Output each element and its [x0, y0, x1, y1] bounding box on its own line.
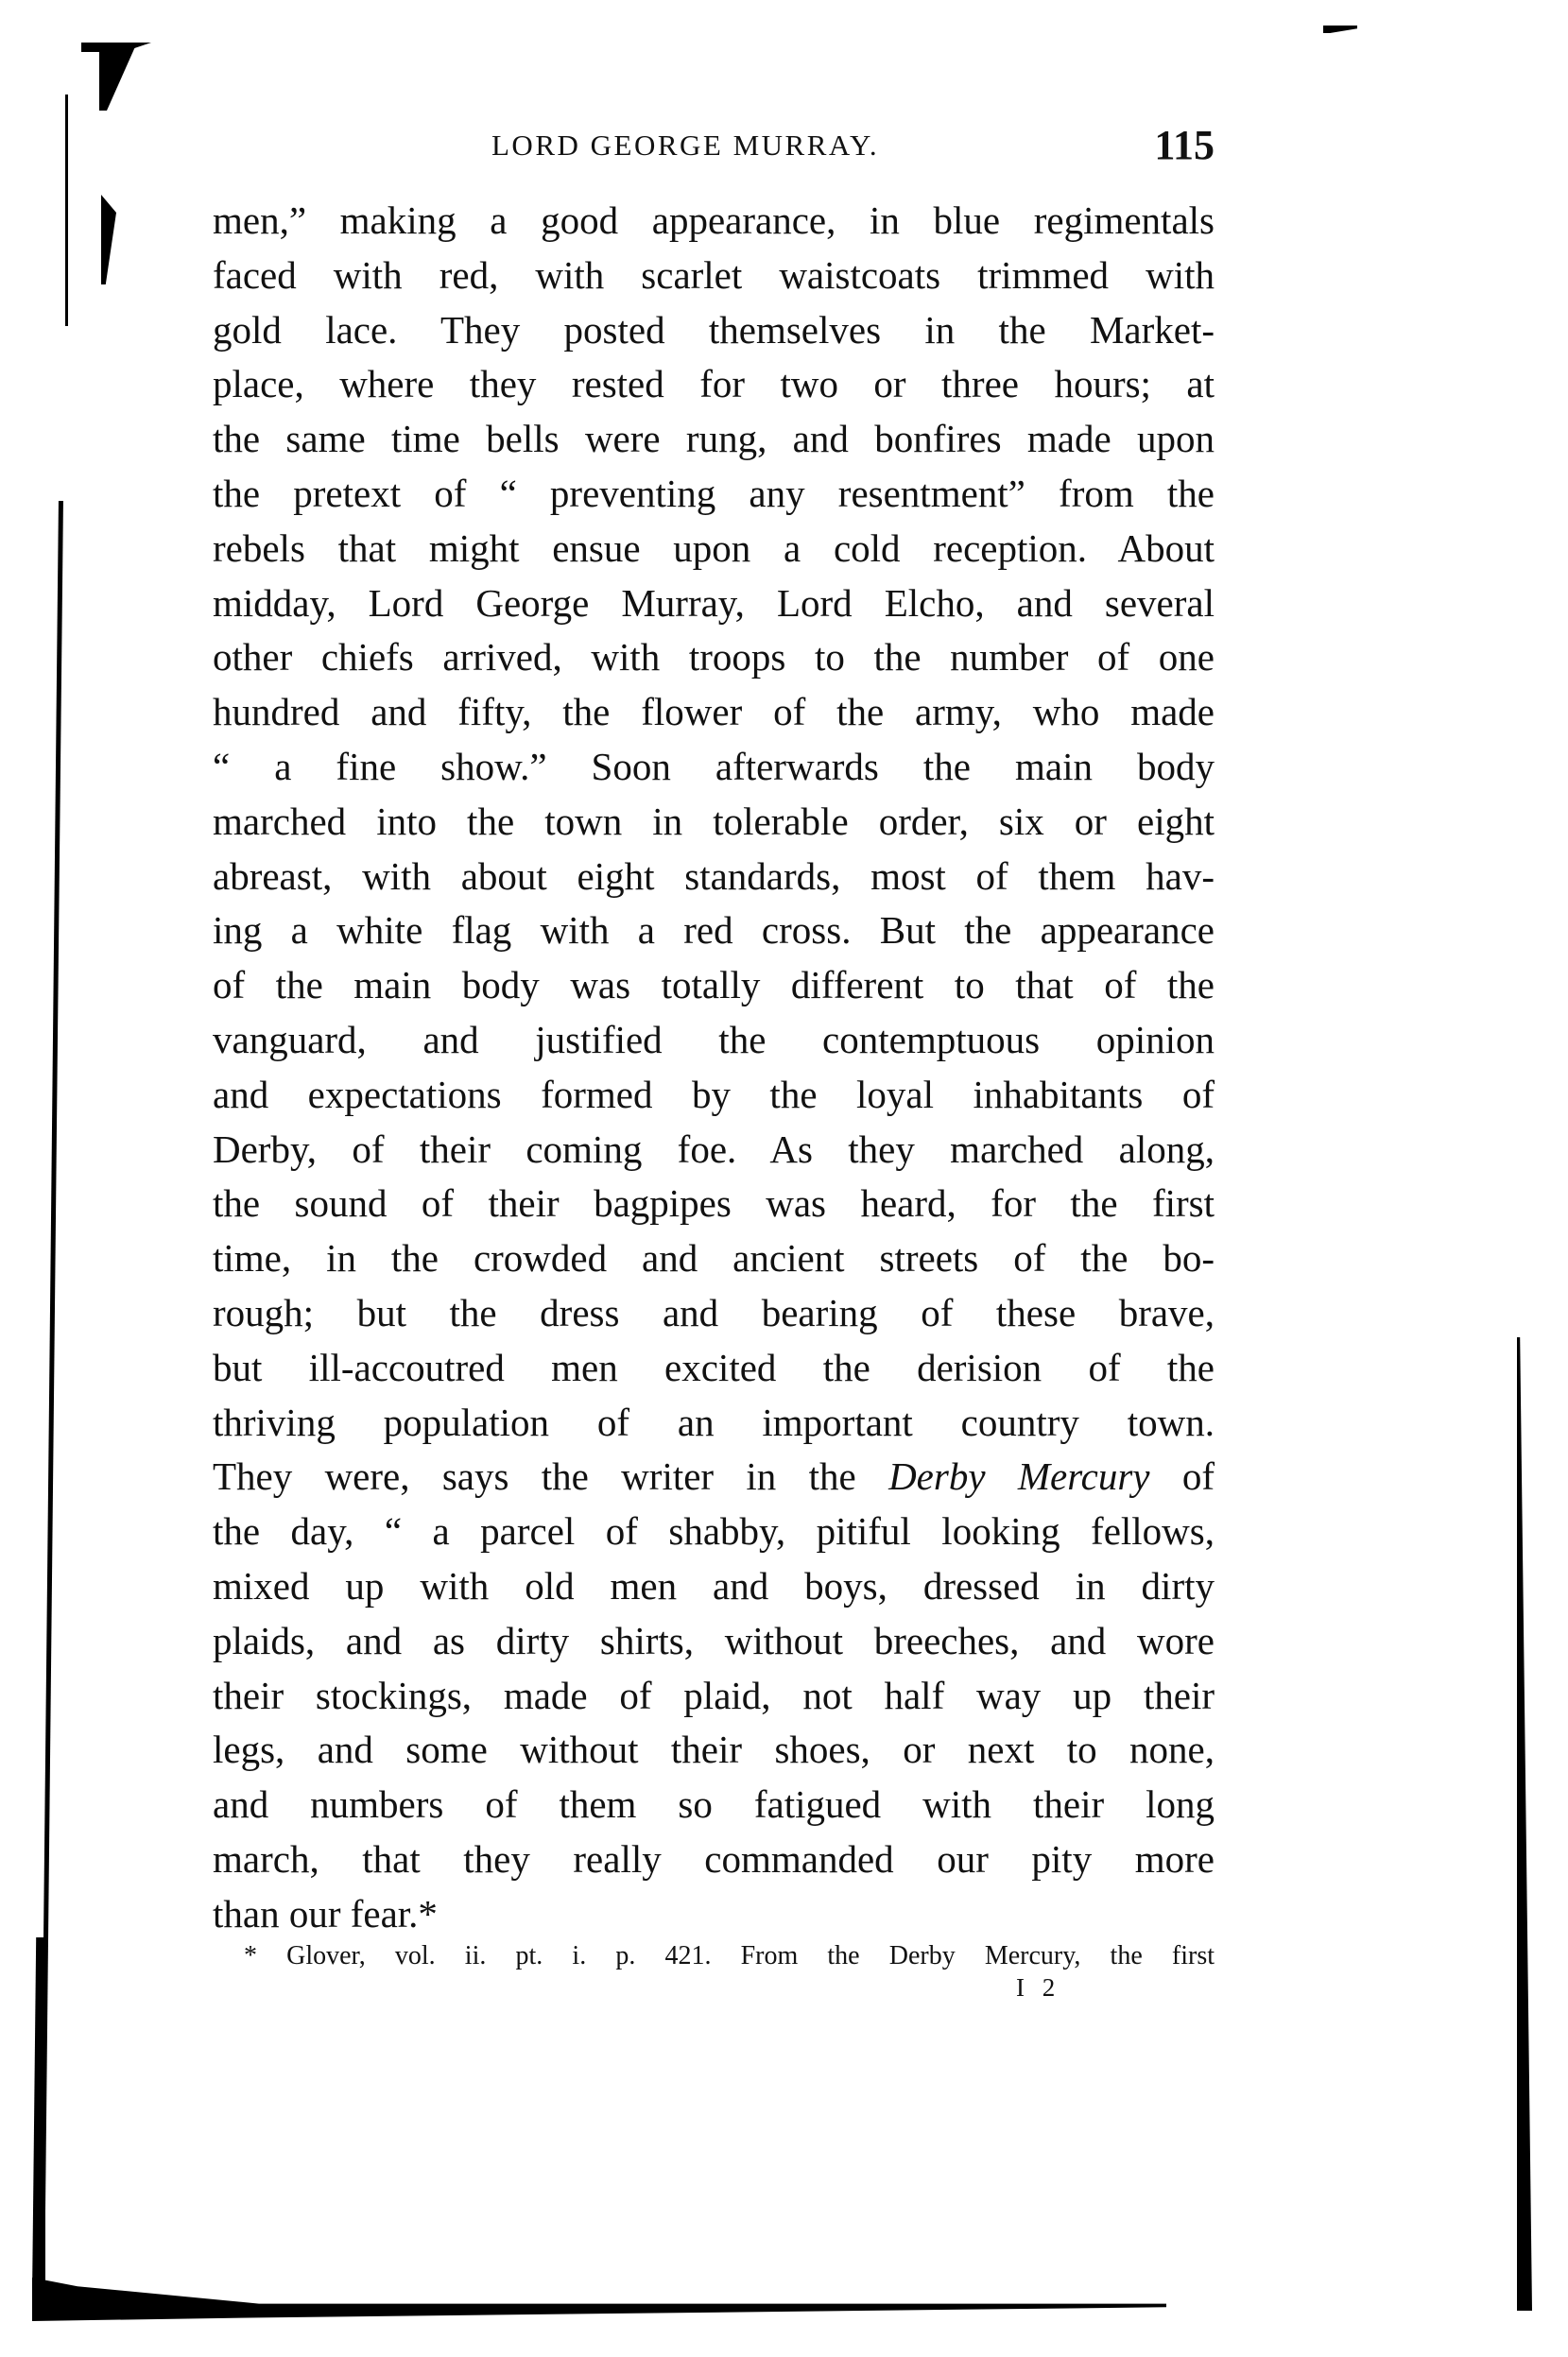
- text-line: faced with red, with scarlet waistcoats …: [213, 249, 1215, 303]
- text-line: men,” making a good appearance, in blue …: [213, 194, 1215, 249]
- scan-artifact-top-right: [1323, 26, 1357, 33]
- text-line: Derby, of their coming foe. As they marc…: [213, 1123, 1215, 1178]
- text-line: time, in the crowded and ancient streets…: [213, 1231, 1215, 1286]
- text-line-with-italic: They were, says the writer in the Derby …: [213, 1450, 1215, 1505]
- scan-artifact-left-lower-thick: [32, 1937, 45, 2297]
- text-line: and expectations formed by the loyal inh…: [213, 1068, 1215, 1123]
- footnote: * Glover, vol. ii. pt. i. p. 421. From t…: [244, 1941, 1215, 1971]
- text-line: place, where they rested for two or thre…: [213, 357, 1215, 412]
- text-line: “ a fine show.” Soon afterwards the main…: [213, 740, 1215, 795]
- text-line: abreast, with about eight standards, mos…: [213, 850, 1215, 904]
- italic-title: Derby Mercury: [888, 1454, 1149, 1498]
- scan-artifact-bottom-wedge: [32, 2278, 1166, 2321]
- text-line: ing a white flag with a red cross. But t…: [213, 903, 1215, 958]
- text-line: their stockings, made of plaid, not half…: [213, 1669, 1215, 1724]
- text-segment: They were, says the writer in the: [213, 1454, 888, 1498]
- scan-artifact-top-left-wedge: [99, 43, 137, 111]
- text-line: and numbers of them so fatigued with the…: [213, 1778, 1215, 1832]
- text-line: thriving population of an important coun…: [213, 1396, 1215, 1451]
- signature-mark: I 2: [1016, 1973, 1060, 2003]
- text-line: the day, “ a parcel of shabby, pitiful l…: [213, 1505, 1215, 1559]
- running-title: LORD GEORGE MURRAY.: [491, 129, 879, 163]
- text-line: the sound of their bagpipes was heard, f…: [213, 1177, 1215, 1231]
- scan-artifact-left-wedge: [101, 195, 116, 284]
- text-line: rough; but the dress and bearing of thes…: [213, 1286, 1215, 1341]
- text-line: plaids, and as dirty shirts, without bre…: [213, 1614, 1215, 1669]
- text-line: gold lace. They posted themselves in the…: [213, 303, 1215, 358]
- text-line: the same time bells were rung, and bonfi…: [213, 412, 1215, 467]
- text-line: midday, Lord George Murray, Lord Elcho, …: [213, 576, 1215, 631]
- text-line: but ill-accoutred men excited the derisi…: [213, 1341, 1215, 1396]
- text-line: of the main body was totally different t…: [213, 958, 1215, 1013]
- text-line: mixed up with old men and boys, dressed …: [213, 1559, 1215, 1614]
- text-line: other chiefs arrived, with troops to the…: [213, 630, 1215, 685]
- text-line: rebels that might ensue upon a cold rece…: [213, 522, 1215, 576]
- text-line: march, that they really commanded our pi…: [213, 1832, 1215, 1887]
- body-text: men,” making a good appearance, in blue …: [213, 194, 1215, 1942]
- scan-artifact-right-edge-bar: [1517, 1337, 1532, 2311]
- text-line: vanguard, and justified the contemptuous…: [213, 1013, 1215, 1068]
- text-line: hundred and fifty, the flower of the arm…: [213, 685, 1215, 740]
- text-line: the pretext of “ preventing any resentme…: [213, 467, 1215, 522]
- text-line: legs, and some without their shoes, or n…: [213, 1723, 1215, 1778]
- page-number: 115: [1154, 121, 1215, 169]
- text-line: than our fear.*: [213, 1887, 1215, 1942]
- text-segment: of: [1150, 1454, 1215, 1498]
- text-line: marched into the town in tolerable order…: [213, 795, 1215, 850]
- scan-artifact-left-thin-line-top: [65, 95, 68, 326]
- book-page: LORD GEORGE MURRAY. 115 men,” making a g…: [0, 0, 1568, 2357]
- running-head: LORD GEORGE MURRAY. 115: [213, 121, 1215, 168]
